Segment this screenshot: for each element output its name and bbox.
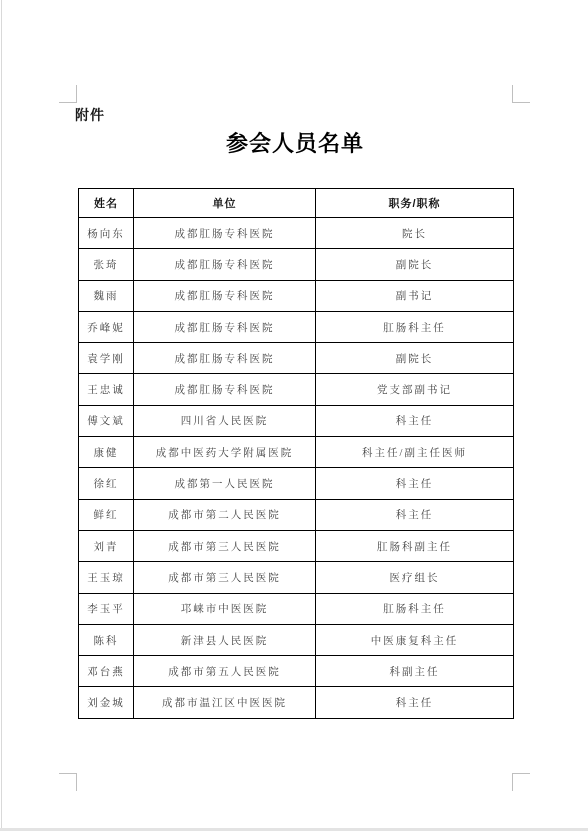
name-cell: 杨向东 xyxy=(79,218,134,249)
position-cell: 副书记 xyxy=(316,280,514,311)
table-row: 徐红 成都第一人民医院 科主任 xyxy=(79,468,514,499)
document-page: 附件 参会人员名单 姓名 单位 职务/职称 杨向东 成都肛肠专科医院 院长 张琦… xyxy=(0,0,588,831)
page-title: 参会人员名单 xyxy=(78,127,512,158)
name-cell: 傅文斌 xyxy=(79,405,134,436)
organization-cell: 邛崃市中医医院 xyxy=(134,593,316,624)
header-organization: 单位 xyxy=(134,189,316,218)
name-cell: 徐红 xyxy=(79,468,134,499)
name-cell: 邓台燕 xyxy=(79,656,134,687)
name-cell: 刘金城 xyxy=(79,687,134,718)
name-cell: 鲜红 xyxy=(79,499,134,530)
table-row: 鲜红 成都市第二人民医院 科主任 xyxy=(79,499,514,530)
name-cell: 张琦 xyxy=(79,249,134,280)
table-row: 邓台燕 成都市第五人民医院 科副主任 xyxy=(79,656,514,687)
table-row: 刘金城 成都市温江区中医医院 科主任 xyxy=(79,687,514,718)
name-cell: 王玉琼 xyxy=(79,562,134,593)
table-row: 李玉平 邛崃市中医医院 肛肠科主任 xyxy=(79,593,514,624)
text-boundary-mark-bottom-left xyxy=(59,773,77,791)
organization-cell: 成都市第三人民医院 xyxy=(134,530,316,561)
position-cell: 副院长 xyxy=(316,249,514,280)
table-header-row: 姓名 单位 职务/职称 xyxy=(79,189,514,218)
table-row: 王忠诚 成都肛肠专科医院 党支部副书记 xyxy=(79,374,514,405)
name-cell: 王忠诚 xyxy=(79,374,134,405)
position-cell: 肛肠科主任 xyxy=(316,311,514,342)
position-cell: 科副主任 xyxy=(316,656,514,687)
position-cell: 副院长 xyxy=(316,343,514,374)
position-cell: 科主任 xyxy=(316,405,514,436)
organization-cell: 成都肛肠专科医院 xyxy=(134,311,316,342)
text-boundary-mark-top-left xyxy=(59,85,77,103)
table-row: 张琦 成都肛肠专科医院 副院长 xyxy=(79,249,514,280)
organization-cell: 成都中医药大学附属医院 xyxy=(134,437,316,468)
table-row: 乔峰妮 成都肛肠专科医院 肛肠科主任 xyxy=(79,311,514,342)
organization-cell: 成都肛肠专科医院 xyxy=(134,249,316,280)
position-cell: 中医康复科主任 xyxy=(316,624,514,655)
organization-cell: 成都肛肠专科医院 xyxy=(134,343,316,374)
organization-cell: 成都市第五人民医院 xyxy=(134,656,316,687)
organization-cell: 四川省人民医院 xyxy=(134,405,316,436)
header-name: 姓名 xyxy=(79,189,134,218)
table-row: 魏雨 成都肛肠专科医院 副书记 xyxy=(79,280,514,311)
organization-cell: 成都市温江区中医医院 xyxy=(134,687,316,718)
position-cell: 科主任/副主任医师 xyxy=(316,437,514,468)
position-cell: 党支部副书记 xyxy=(316,374,514,405)
position-cell: 科主任 xyxy=(316,687,514,718)
position-cell: 肛肠科主任 xyxy=(316,593,514,624)
name-cell: 刘青 xyxy=(79,530,134,561)
table-row: 刘青 成都市第三人民医院 肛肠科副主任 xyxy=(79,530,514,561)
position-cell: 肛肠科副主任 xyxy=(316,530,514,561)
table-row: 杨向东 成都肛肠专科医院 院长 xyxy=(79,218,514,249)
organization-cell: 成都肛肠专科医院 xyxy=(134,218,316,249)
position-cell: 科主任 xyxy=(316,468,514,499)
attendee-table: 姓名 单位 职务/职称 杨向东 成都肛肠专科医院 院长 张琦 成都肛肠专科医院 … xyxy=(78,188,514,719)
organization-cell: 成都市第三人民医院 xyxy=(134,562,316,593)
name-cell: 李玉平 xyxy=(79,593,134,624)
table-row: 王玉琼 成都市第三人民医院 医疗组长 xyxy=(79,562,514,593)
name-cell: 魏雨 xyxy=(79,280,134,311)
table-row: 康健 成都中医药大学附属医院 科主任/副主任医师 xyxy=(79,437,514,468)
text-boundary-mark-bottom-right xyxy=(512,773,530,791)
name-cell: 乔峰妮 xyxy=(79,311,134,342)
table-row: 陈科 新津县人民医院 中医康复科主任 xyxy=(79,624,514,655)
organization-cell: 成都肛肠专科医院 xyxy=(134,280,316,311)
organization-cell: 成都市第二人民医院 xyxy=(134,499,316,530)
text-boundary-mark-top-right xyxy=(512,85,530,103)
organization-cell: 成都第一人民医院 xyxy=(134,468,316,499)
table-row: 袁学刚 成都肛肠专科医院 副院长 xyxy=(79,343,514,374)
position-cell: 医疗组长 xyxy=(316,562,514,593)
attachment-label: 附件 xyxy=(75,105,105,125)
organization-cell: 成都肛肠专科医院 xyxy=(134,374,316,405)
name-cell: 袁学刚 xyxy=(79,343,134,374)
name-cell: 康健 xyxy=(79,437,134,468)
organization-cell: 新津县人民医院 xyxy=(134,624,316,655)
position-cell: 院长 xyxy=(316,218,514,249)
position-cell: 科主任 xyxy=(316,499,514,530)
header-position: 职务/职称 xyxy=(316,189,514,218)
table-row: 傅文斌 四川省人民医院 科主任 xyxy=(79,405,514,436)
name-cell: 陈科 xyxy=(79,624,134,655)
page-left-edge xyxy=(1,0,2,831)
